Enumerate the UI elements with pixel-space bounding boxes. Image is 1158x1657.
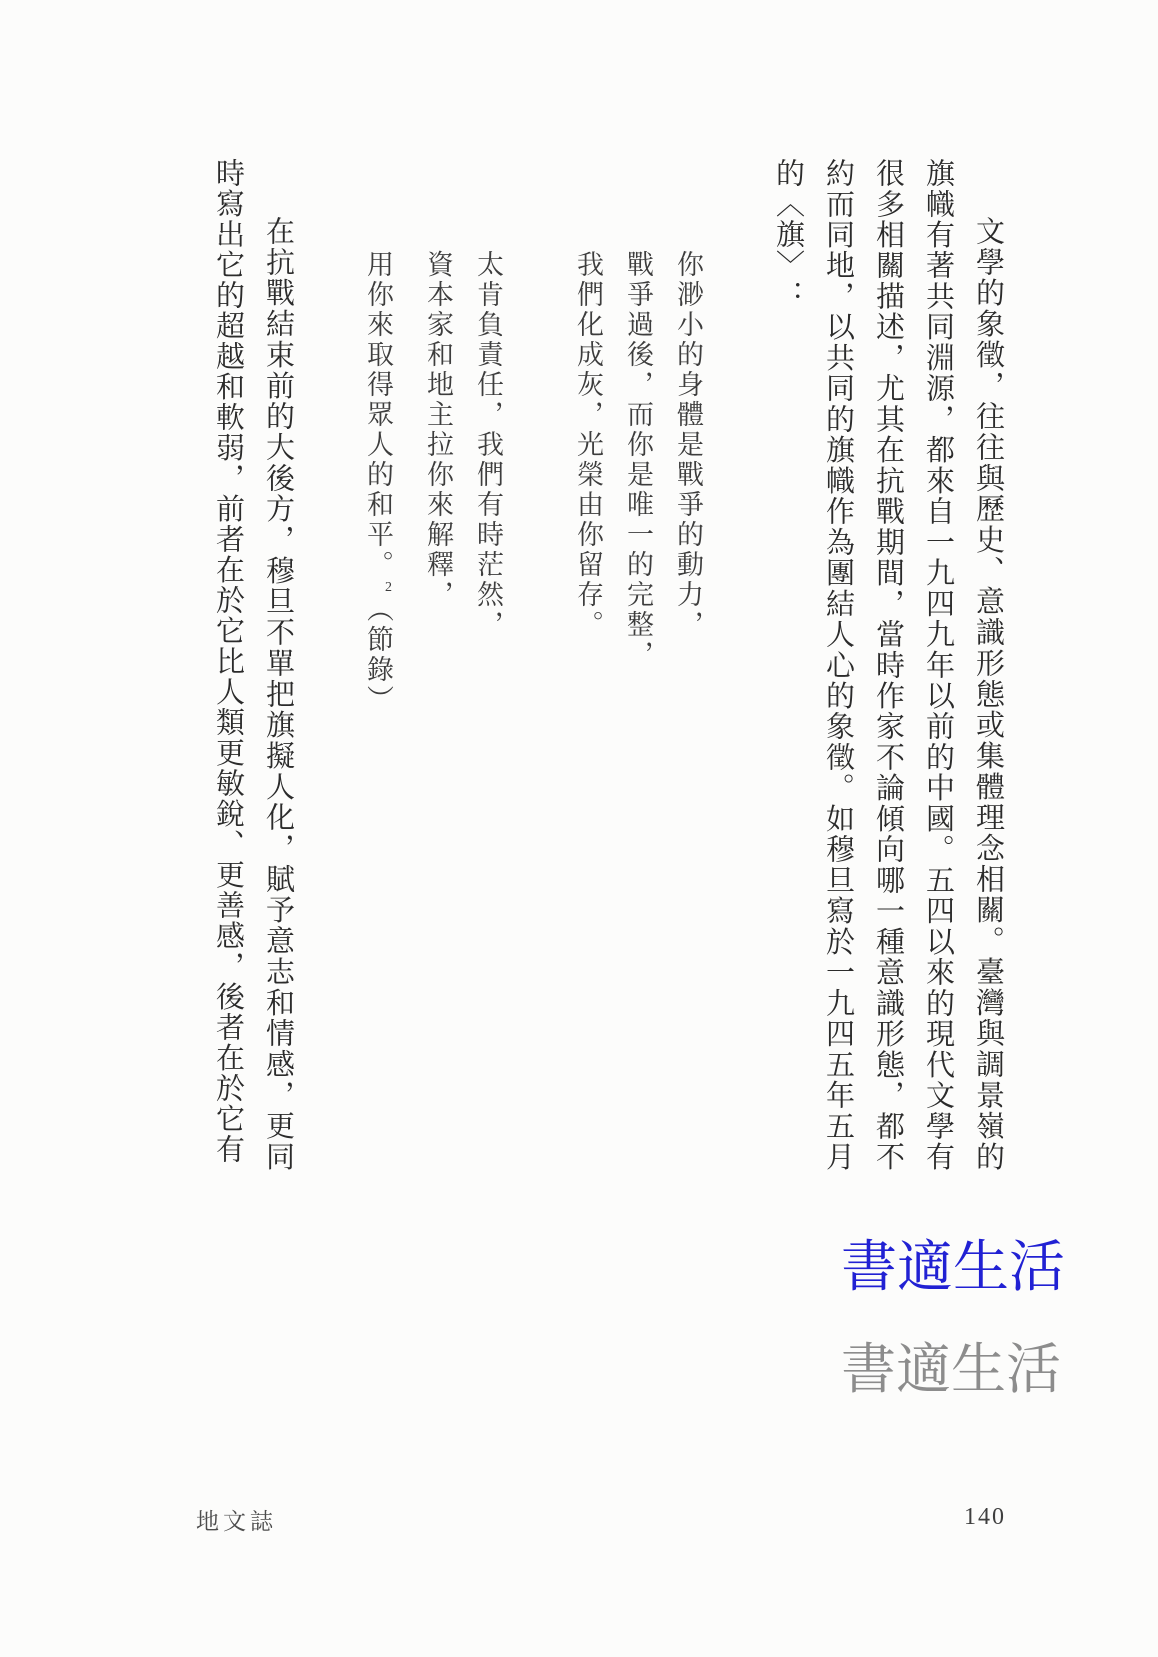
- watermark-blue: 書適生活: [841, 1240, 1065, 1296]
- poem-line: 你渺小的身體是戰爭的動力，: [663, 250, 713, 1172]
- poem-line-text: 用你來取得眾人的和平。: [363, 250, 393, 580]
- poem-excerpt-label: （節錄）: [363, 595, 393, 715]
- poem-stanza-2: 太肯負責任，我們有時茫然， 資本家和地主拉你來解釋， 用你來取得眾人的和平。2（…: [353, 250, 513, 1172]
- poem-line: 資本家和地主拉你來解釋，: [413, 250, 463, 1172]
- poem-line: 我們化成灰，光榮由你留存。: [563, 250, 613, 1172]
- poem-line: 戰爭過後，而你是唯一的完整，: [613, 250, 663, 1172]
- paragraph-closing: 在抗戰結束前的大後方，穆旦不單把旗擬人化，賦予意志和情感，更同時寫出它的超越和軟…: [203, 158, 303, 1172]
- poem-line-with-footnote: 用你來取得眾人的和平。2（節錄）: [353, 250, 413, 1172]
- footer-book-title: 地文誌: [196, 1503, 277, 1536]
- poem-line: 太肯負責任，我們有時茫然，: [463, 250, 513, 1172]
- poem-stanza-1: 你渺小的身體是戰爭的動力， 戰爭過後，而你是唯一的完整， 我們化成灰，光榮由你留…: [563, 250, 713, 1172]
- book-page-scan: 文學的象徵，往往與歷史、意識形態或集體理念相關。臺灣與調景嶺的旗幟有著共同淵源，…: [0, 0, 1158, 1657]
- paragraph-opening: 文學的象徵，往往與歷史、意識形態或集體理念相關。臺灣與調景嶺的旗幟有著共同淵源，…: [763, 158, 1013, 1172]
- footnote-marker: 2: [381, 580, 396, 595]
- watermark-gray: 書適生活: [841, 1342, 1061, 1397]
- footer-page-number: 140: [964, 1504, 1006, 1531]
- poem-quote: 你渺小的身體是戰爭的動力， 戰爭過後，而你是唯一的完整， 我們化成灰，光榮由你留…: [353, 158, 713, 1172]
- main-text-block: 文學的象徵，往往與歷史、意識形態或集體理念相關。臺灣與調景嶺的旗幟有著共同淵源，…: [203, 158, 1013, 1172]
